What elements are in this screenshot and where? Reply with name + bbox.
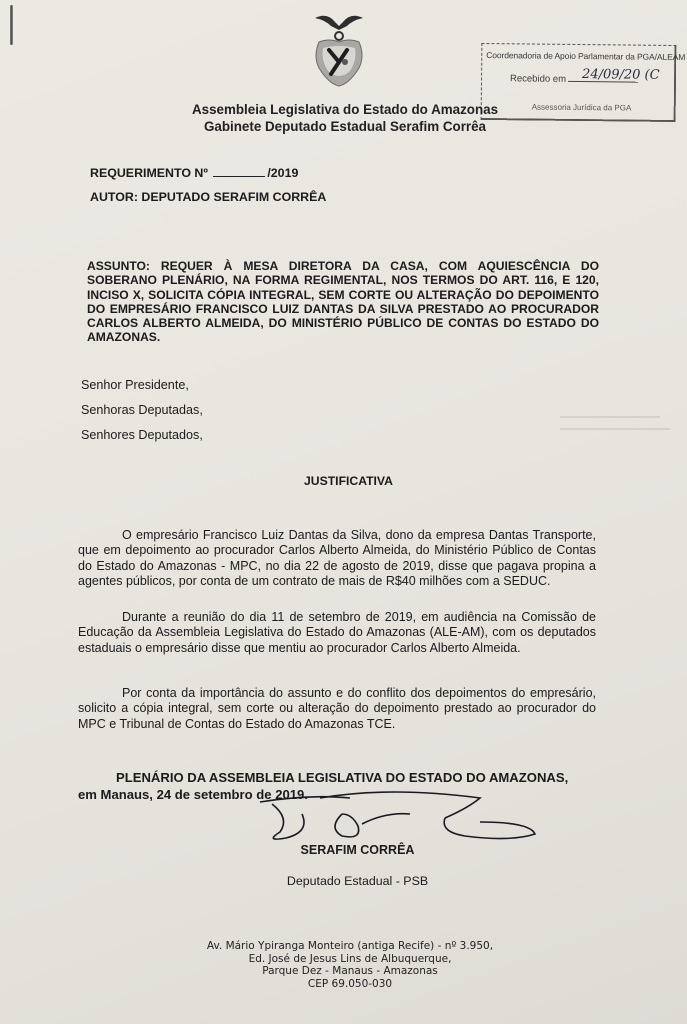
- office-name: Gabinete Deputado Estadual Serafim Corrê…: [170, 118, 520, 135]
- salutation-female-deputies: Senhoras Deputadas,: [81, 398, 203, 423]
- request-info: REQUERIMENTO Nº /2019 AUTOR: DEPUTADO SE…: [90, 161, 326, 209]
- salutations: Senhor Presidente, Senhoras Deputadas, S…: [81, 373, 203, 448]
- bleed-through-text: [560, 410, 670, 450]
- salutation-president: Senhor Presidente,: [81, 373, 203, 398]
- state-coat-of-arms-icon: [305, 8, 373, 88]
- stamp-received-label: Recebido em: [510, 73, 566, 85]
- request-number-blank: [213, 176, 265, 177]
- closing-plenary: PLENÁRIO DA ASSEMBLEIA LEGISLATIVA DO ES…: [78, 769, 618, 786]
- address-footer: Av. Mário Ypiranga Monteiro (antiga Reci…: [170, 940, 530, 990]
- address-line: Av. Mário Ypiranga Monteiro (antiga Reci…: [170, 940, 530, 953]
- address-line: CEP 69.050-030: [170, 978, 530, 991]
- stamp-department: Coordenadoria de Apoio Parlamentar da PG…: [486, 50, 685, 62]
- justification-title: JUSTIFICATIVA: [0, 474, 687, 488]
- stamp-footer: Assessoria Jurídica da PGA: [532, 103, 632, 113]
- request-author: AUTOR: DEPUTADO SERAFIM CORRÊA: [90, 185, 326, 209]
- justification-paragraph: Por conta da importância do assunto e do…: [78, 686, 596, 732]
- handwritten-signature: [250, 788, 550, 848]
- justification-paragraph: O empresário Francisco Luiz Dantas da Si…: [78, 528, 596, 589]
- request-number: REQUERIMENTO Nº /2019: [90, 161, 326, 185]
- signer-role: Deputado Estadual - PSB: [0, 874, 687, 888]
- address-line: Ed. José de Jesus Lins de Albuquerque,: [170, 953, 530, 966]
- stamp-received-date: 24/09/20 (C: [582, 67, 660, 83]
- subject-paragraph: ASSUNTO: REQUER À MESA DIRETORA DA CASA,…: [87, 259, 599, 345]
- institution-name: Assembleia Legislativa do Estado do Amaz…: [170, 101, 520, 118]
- address-line: Parque Dez - Manaus - Amazonas: [170, 965, 530, 978]
- justification-paragraph: Durante a reunião do dia 11 de setembro …: [78, 610, 596, 656]
- salutation-male-deputies: Senhores Deputados,: [81, 423, 203, 448]
- signer-name: SERAFIM CORRÊA: [0, 843, 687, 857]
- staple: [10, 5, 13, 45]
- letterhead: Assembleia Legislativa do Estado do Amaz…: [170, 101, 520, 135]
